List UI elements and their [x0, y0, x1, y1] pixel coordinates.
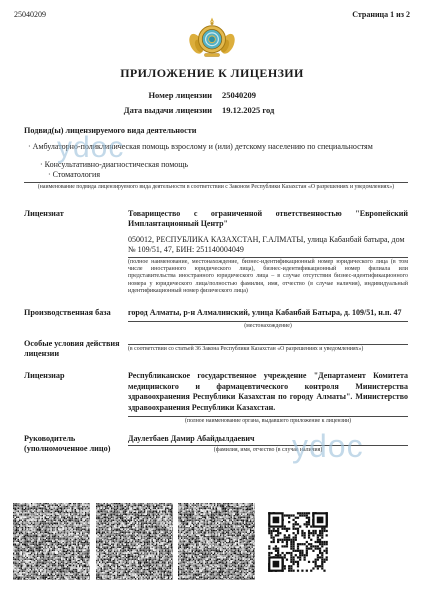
datamatrix-barcode-1 — [13, 503, 90, 580]
barcode-strip — [0, 503, 424, 593]
licensee-name: Товарищество с ограниченной ответственно… — [128, 209, 408, 229]
license-number-value: 25040209 — [222, 90, 424, 100]
subtype-item: · Амбулаторно-поликлиническая помощь взр… — [24, 142, 408, 151]
issue-date-row: Дата выдачи лицензии 19.12.2025 год — [0, 105, 424, 115]
licensee-address: 050012, РЕСПУБЛИКА КАЗАХСТАН, Г.АЛМАТЫ, … — [128, 235, 408, 254]
licensor-value: Республиканское государственное учрежден… — [128, 371, 408, 413]
licensor-section: Лицензиар Республиканское государственно… — [0, 371, 424, 425]
subtype-item: · Стоматология — [24, 170, 408, 179]
datamatrix-barcode-2 — [96, 503, 173, 580]
license-number-label: Номер лицензии — [0, 90, 212, 100]
subtypes-caption: (наименование подвида лицензируемого вид… — [24, 184, 408, 191]
head-person-name: Даулетбаев Дамир Абайдылдаевич — [128, 434, 408, 446]
datamatrix-barcode-3 — [178, 503, 255, 580]
production-base-section: Производственная база город Алматы, р-н … — [0, 308, 424, 330]
issue-date-value: 19.12.2025 год — [222, 105, 424, 115]
head-person-value-block: Даулетбаев Дамир Абайдылдаевич (фамилия,… — [128, 434, 408, 454]
divider-line — [128, 416, 408, 417]
production-base-value-block: город Алматы, р-н Алмалинский, улица Каб… — [128, 308, 408, 330]
licensee-label: Лицензиат — [24, 209, 128, 295]
subtypes-heading: Подвид(ы) лицензируемого вида деятельнос… — [24, 126, 408, 135]
licensee-value-block: Товарищество с ограниченной ответственно… — [128, 209, 408, 295]
head-person-section: Руководитель (уполномоченное лицо) Дауле… — [0, 434, 424, 454]
licensor-caption: (полное наименование органа, выдавшего п… — [128, 418, 408, 425]
issue-date-label: Дата выдачи лицензии — [0, 105, 212, 115]
production-base-label: Производственная база — [24, 308, 128, 330]
special-conditions-label: Особые условия действия лицензии — [24, 339, 128, 358]
production-base-value: город Алматы, р-н Алмалинский, улица Каб… — [128, 308, 408, 318]
head-person-label: Руководитель (уполномоченное лицо) — [24, 434, 128, 454]
divider-line — [24, 182, 408, 183]
page-indicator: Страница 1 из 2 — [352, 10, 410, 19]
doc-number-top: 25040209 — [14, 10, 46, 19]
activity-subtypes-section: Подвид(ы) лицензируемого вида деятельнос… — [0, 126, 424, 191]
head-person-caption: (фамилия, имя, отчество (в случае наличи… — [128, 447, 408, 454]
license-number-row: Номер лицензии 25040209 — [0, 90, 424, 100]
divider-line — [128, 257, 408, 258]
special-conditions-value-block: (в соответствии со статьей 36 Закона Рес… — [128, 339, 408, 358]
licensee-section: Лицензиат Товарищество с ограниченной от… — [0, 209, 424, 295]
licensor-label: Лицензиар — [24, 371, 128, 425]
production-base-caption: (местонахождение) — [128, 323, 408, 330]
special-conditions-section: Особые условия действия лицензии (в соот… — [0, 339, 424, 358]
document-title: ПРИЛОЖЕНИЕ К ЛИЦЕНЗИИ — [0, 66, 424, 81]
emblem-container — [0, 16, 424, 61]
divider-line — [128, 321, 408, 322]
licensor-value-block: Республиканское государственное учрежден… — [128, 371, 408, 425]
empty-form-line — [128, 339, 408, 345]
special-conditions-caption: (в соответствии со статьей 36 Закона Рес… — [128, 346, 408, 353]
licensee-caption: (полное наименование, местонахождение, б… — [128, 259, 408, 295]
qr-code — [266, 510, 330, 574]
license-meta: Номер лицензии 25040209 Дата выдачи лице… — [0, 90, 424, 115]
kazakhstan-emblem-icon — [189, 16, 235, 61]
license-annex-document: 25040209 Страница 1 из 2 ПРИЛОЖЕНИЕ К ЛИ… — [0, 0, 424, 600]
subtype-item: · Консультативно-диагностическая помощь — [24, 160, 408, 169]
